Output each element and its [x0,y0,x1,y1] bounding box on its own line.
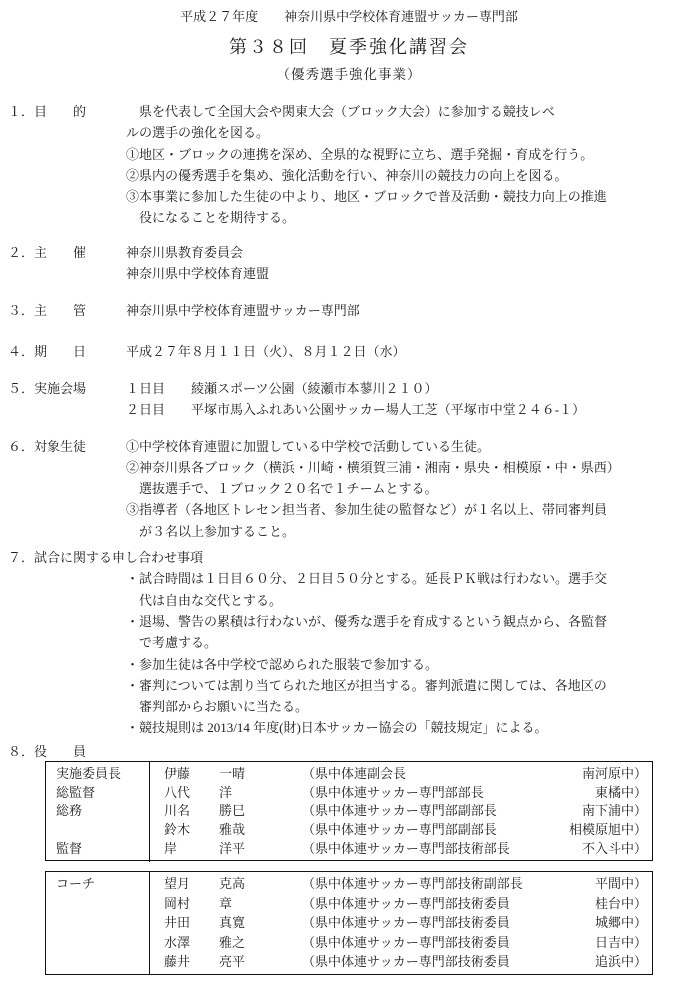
table-row: 井田真寛 （県中体連サッカー専門部技術委員城郷中） [46,913,652,933]
section-body: 神奈川県教育委員会 神奈川県中学校体育連盟 [126,242,690,285]
name-cell: 望月克高 [150,873,292,894]
given-name: 勝巳 [219,803,245,818]
table-row: コーチ 望月克高 （県中体連サッカー専門部技術副部長平間中） [46,874,652,894]
given-name: 真寛 [219,915,245,930]
document-page: 平成２７年度 神奈川県中学校体育連盟サッカー専門部 第３８回 夏季強化講習会 （… [0,0,700,986]
section-heading: ２．主 催 [8,242,126,285]
surname: 水澤 [164,932,219,953]
text-line: 役になることを期待する。 [126,207,690,228]
text-line: ・参加生徒は各中学校で認められた服装で参加する。 [126,654,690,675]
name-cell: 岡村章 [150,893,292,914]
open-paren: （ [302,932,315,953]
open-paren: （ [302,912,315,933]
section-body: 平成２７年８月１１日（火）、８月１２日（水） [126,341,690,362]
section-number: １． [8,104,34,119]
text-line: で考慮する。 [126,632,690,653]
section-body: １日目 綾瀬スポーツ公園（綾瀬市本蓼川２１０） ２日目 平塚市馬入ふれあい公園サ… [126,378,690,421]
text-line: が３名以上参加すること。 [126,521,690,542]
section-match-rules: ７．試合に関する申し合わせ事項 ・試合時間は１日目６０分、２日目５０分とする。延… [8,547,690,739]
table-row: 総務 川名勝巳 （県中体連サッカー専門部副部長南下浦中） [46,802,652,821]
text-line: 代は自由な交代とする。 [126,590,690,611]
table-row: 藤井亮平 （県中体連サッカー専門部技術委員追浜中） [46,952,652,972]
section-heading: ７．試合に関する申し合わせ事項 [8,547,690,568]
section-label: 主 管 [34,303,86,318]
text-line: ２日目 平塚市馬入ふれあい公園サッカー場人工芝（平塚市中堂２４６‐１） [126,399,690,420]
given-name: 一晴 [219,766,245,781]
position-title: 県中体連サッカー専門部技術副部長 [315,873,523,894]
position-cell: （県中体連サッカー専門部技術部長不入斗中） [292,838,652,859]
section-venues: ５．実施会場 １日目 綾瀬スポーツ公園（綾瀬市本蓼川２１０） ２日目 平塚市馬入… [8,378,690,421]
school-name: 桂台中 [595,893,634,914]
section-dates: ４．期 日 平成２７年８月１１日（火）、８月１２日（水） [8,341,690,362]
school-name: 城郷中 [595,912,634,933]
close-paren: ） [634,873,647,894]
position-cell: （県中体連サッカー専門部技術委員城郷中） [292,912,652,933]
section-label: 対象生徒 [34,439,86,454]
close-paren: ） [634,838,647,859]
position-title: 県中体連サッカー専門部技術部長 [315,838,510,859]
section-body: ①中学校体育連盟に加盟している中学校で活動している生徒。 ②神奈川県各ブロック（… [126,436,690,542]
section-label: 期 日 [34,344,86,359]
text-line: 神奈川県中学校体育連盟 [126,263,690,284]
section-body: ・試合時間は１日目６０分、２日目５０分とする。延長ＰＫ戦は行わない。選手交 代は… [126,568,690,738]
section-heading: ６．対象生徒 [8,436,126,542]
surname: 藤井 [164,951,219,972]
section-number: ６． [8,439,34,454]
text-line: ②神奈川県各ブロック（横浜・川崎・横須賀三浦・湘南・県央・相模原・中・県西） [126,457,690,478]
position-cell: （県中体連サッカー専門部技術副部長平間中） [292,873,652,894]
table-row: 実施委員長 伊藤一晴 （県中体連副会長南河原中） [46,764,652,783]
table-row: 水澤雅之 （県中体連サッカー専門部技術委員日吉中） [46,933,652,953]
open-paren: （ [302,951,315,972]
section-number: ８． [8,744,34,759]
table-row: 総監督 八代洋 （県中体連サッカー専門部部長東橘中） [46,783,652,802]
section-supervisor: ３．主 管 神奈川県中学校体育連盟サッカー専門部 [8,300,690,321]
position-title: 県中体連サッカー専門部技術委員 [315,951,510,972]
role-cell: 監督 [46,838,149,859]
text-line: ・審判については割り当てられた地区が担当する。審判派遣に関しては、各地区の [126,675,690,696]
given-name: 克高 [219,876,245,891]
section-purpose: １．目 的 県を代表して全国大会や関東大会（ブロック大会）に参加する競技レベ ル… [8,101,690,229]
section-label: 主 催 [34,245,86,260]
table-row: 岡村章 （県中体連サッカー専門部技術委員桂台中） [46,894,652,914]
section-heading: ８．役 員 [8,741,690,762]
surname: 岡村 [164,893,219,914]
school-name: 不入斗中 [582,838,634,859]
position-title: 県中体連サッカー専門部技術委員 [315,932,510,953]
section-label: 実施会場 [34,381,86,396]
text-line: 審判部からお願いに当たる。 [126,696,690,717]
section-number: ３． [8,303,34,318]
doc-title: 第３８回 夏季強化講習会 [8,35,690,59]
text-line: ・退場、警告の累積は行わないが、優秀な選手を育成するという観点から、各監督 [126,611,690,632]
text-line: ③指導者（各地区トレセン担当者、参加生徒の監督など）が１名以上、帯同審判員 [126,499,690,520]
surname: 望月 [164,873,219,894]
text-line: 神奈川県教育委員会 [126,242,690,263]
section-heading: ３．主 管 [8,300,126,321]
doc-subtitle: （優秀選手強化事業） [8,65,690,85]
name-cell: 井田真寛 [150,912,292,933]
text-line: 選抜選手で、１ブロック２０名で１チームとする。 [126,478,690,499]
given-name: 雅之 [219,935,245,950]
doc-header-line: 平成２７年度 神奈川県中学校体育連盟サッカー専門部 [8,7,690,27]
role-cell: 総務 [46,800,149,821]
close-paren: ） [634,951,647,972]
close-paren: ） [634,893,647,914]
text-line: 県を代表して全国大会や関東大会（ブロック大会）に参加する競技レベ [126,101,690,122]
section-label: 目 的 [34,104,86,119]
school-name: 平間中 [595,873,634,894]
section-participants: ６．対象生徒 ①中学校体育連盟に加盟している中学校で活動している生徒。 ②神奈川… [8,436,690,542]
position-title: 県中体連サッカー専門部技術委員 [315,912,510,933]
section-heading: １．目 的 [8,101,126,229]
section-label: 試合に関する申し合わせ事項 [34,550,203,565]
officials-table-2: コーチ 望月克高 （県中体連サッカー専門部技術副部長平間中） 岡村章 （県中体連… [45,871,653,975]
role-cell: コーチ [46,873,149,894]
text-line: 平成２７年８月１１日（火）、８月１２日（水） [126,341,690,362]
open-paren: （ [302,838,315,859]
given-name: 洋 [219,785,232,800]
section-number: ４． [8,344,34,359]
text-line: ・試合時間は１日目６０分、２日目５０分とする。延長ＰＫ戦は行わない。選手交 [126,568,690,589]
open-paren: （ [302,873,315,894]
section-label: 役 員 [34,744,86,759]
school-name: 追浜中 [595,951,634,972]
section-organizer: ２．主 催 神奈川県教育委員会 神奈川県中学校体育連盟 [8,242,690,285]
text-line: 神奈川県中学校体育連盟サッカー専門部 [126,300,690,321]
name-cell: 岸洋平 [150,838,292,859]
table-row: 鈴木雅哉 （県中体連サッカー専門部副部長相模原旭中） [46,820,652,839]
given-name: 雅哉 [219,822,245,837]
text-line: ・競技規則は 2013/14 年度(財)日本サッカー協会の「競技規定」による。 [126,717,690,738]
close-paren: ） [634,912,647,933]
surname: 井田 [164,912,219,933]
name-cell: 藤井亮平 [150,951,292,972]
section-heading: ４．期 日 [8,341,126,362]
text-line: ①中学校体育連盟に加盟している中学校で活動している生徒。 [126,436,690,457]
text-line: ②県内の優秀選手を集め、強化活動を行い、神奈川の競技力の向上を図る。 [126,165,690,186]
open-paren: （ [302,893,315,914]
given-name: 洋平 [219,841,245,856]
text-line: ①地区・ブロックの連携を深め、全県的な視野に立ち、選手発掘・育成を行う。 [126,144,690,165]
section-heading: ５．実施会場 [8,378,126,421]
section-body: 神奈川県中学校体育連盟サッカー専門部 [126,300,690,321]
position-cell: （県中体連サッカー専門部技術委員日吉中） [292,932,652,953]
position-title: 県中体連サッカー専門部技術委員 [315,893,510,914]
section-officials: ８．役 員 [8,741,690,762]
officials-table-1: 実施委員長 伊藤一晴 （県中体連副会長南河原中） 総監督 八代洋 （県中体連サッ… [45,761,653,861]
table-row: 監督 岸洋平 （県中体連サッカー専門部技術部長不入斗中） [46,839,652,858]
close-paren: ） [634,932,647,953]
name-cell: 水澤雅之 [150,932,292,953]
surname: 岸 [164,838,219,859]
section-number: ５． [8,381,34,396]
text-line: １日目 綾瀬スポーツ公園（綾瀬市本蓼川２１０） [126,378,690,399]
position-cell: （県中体連サッカー専門部技術委員桂台中） [292,893,652,914]
school-name: 日吉中 [595,932,634,953]
section-number: ７． [8,550,34,565]
text-line: ルの選手の強化を図る。 [126,122,690,143]
given-name: 亮平 [219,954,245,969]
text-line: ③本事業に参加した生徒の中より、地区・ブロックで普及活動・競技力向上の推進 [126,186,690,207]
position-cell: （県中体連サッカー専門部技術委員追浜中） [292,951,652,972]
given-name: 章 [219,896,232,911]
section-number: ２． [8,245,34,260]
section-body: 県を代表して全国大会や関東大会（ブロック大会）に参加する競技レベ ルの選手の強化… [126,101,690,229]
